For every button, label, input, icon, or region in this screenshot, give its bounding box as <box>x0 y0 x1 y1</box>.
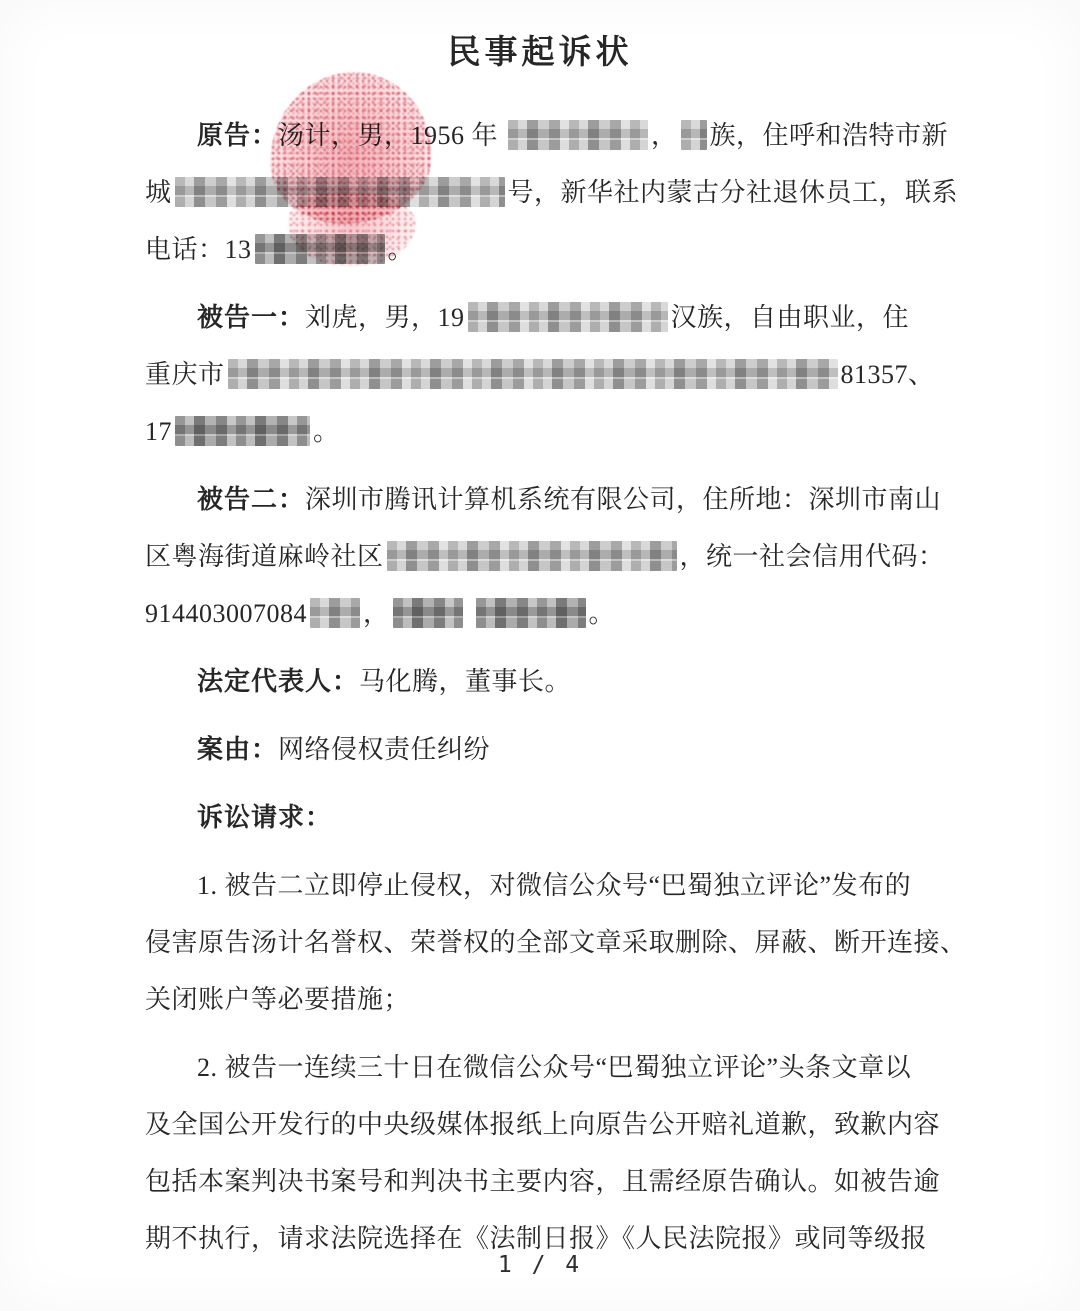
text-segment: 1. 被告二立即停止侵权，对微信公众号“巴蜀独立评论”发布的 <box>197 871 911 900</box>
text-segment: 17 <box>145 417 172 446</box>
text-line: 原告：汤计，男，1956 年 ，族，住呼和浩特市新 <box>145 107 955 164</box>
text-line: 被告二：深圳市腾讯计算机系统有限公司，住所地：深圳市南山 <box>145 471 955 528</box>
text-line: 1. 被告二立即停止侵权，对微信公众号“巴蜀独立评论”发布的 <box>145 857 955 914</box>
field-label: 诉讼请求： <box>197 802 332 832</box>
redaction-mosaic <box>228 359 838 389</box>
text-line: 包括本案判决书案号和判决书主要内容，且需经原告确认。如被告逾 <box>145 1153 955 1210</box>
text-line: 电话：13。 <box>145 221 955 278</box>
text-line: 重庆市81357、 <box>145 346 955 403</box>
text-line: 被告一：刘虎，男，19汉族，自由职业，住 <box>145 289 955 346</box>
text-segment: 马化腾，董事长。 <box>359 667 571 696</box>
document-body: 原告：汤计，男，1956 年 ，族，住呼和浩特市新城号，新华社内蒙古分社退休员工… <box>145 107 955 1278</box>
redaction-mosaic <box>476 598 586 628</box>
text-line: 914403007084， 。 <box>145 585 955 642</box>
redaction-mosaic <box>175 416 310 446</box>
paragraph-cause-of-action: 案由：网络侵权责任纠纷 <box>145 721 955 778</box>
redaction-mosaic <box>255 234 385 264</box>
text-segment: ， <box>651 121 678 150</box>
text-segment: ， <box>363 599 390 628</box>
text-segment: 。 <box>313 417 340 446</box>
paragraph-claim-2: 2. 被告一连续三十日在微信公众号“巴蜀独立评论”头条文章以及全国公开发行的中央… <box>145 1039 955 1267</box>
redaction-mosaic <box>508 120 648 150</box>
text-segment: 914403007084 <box>145 599 307 628</box>
text-segment: ，统一社会信用代码： <box>680 542 945 571</box>
text-segment: 电话：13 <box>145 235 252 264</box>
text-segment: 81357、 <box>841 360 935 389</box>
text-segment: 关闭账户等必要措施； <box>145 985 410 1014</box>
text-segment: 包括本案判决书案号和判决书主要内容，且需经原告确认。如被告逾 <box>145 1167 940 1196</box>
field-label: 被告一： <box>197 302 305 332</box>
text-segment: 。 <box>388 235 415 264</box>
redaction-mosaic <box>681 120 707 150</box>
text-segment: 汉族，自由职业，住 <box>671 303 910 332</box>
redaction-mosaic <box>175 177 505 207</box>
text-line: 及全国公开发行的中央级媒体报纸上向原告公开赔礼道歉，致歉内容 <box>145 1096 955 1153</box>
text-segment: 期不执行，请求法院选择在《法制日报》《人民法院报》或同等级报 <box>145 1224 927 1253</box>
text-line: 法定代表人：马化腾，董事长。 <box>145 653 955 710</box>
redaction-mosaic <box>310 598 360 628</box>
text-line: 城号，新华社内蒙古分社退休员工，联系 <box>145 164 955 221</box>
text-line: 17。 <box>145 403 955 460</box>
text-segment <box>466 599 473 628</box>
text-segment: 区粤海街道麻岭社区 <box>145 542 384 571</box>
text-segment: 侵害原告汤计名誉权、荣誉权的全部文章采取删除、屏蔽、断开连接、 <box>145 928 967 957</box>
text-segment: 号，新华社内蒙古分社退休员工，联系 <box>508 178 959 207</box>
field-label: 被告二： <box>197 484 305 514</box>
document-title: 民事起诉状 <box>0 26 1080 73</box>
paragraph-legal-representative: 法定代表人：马化腾，董事长。 <box>145 653 955 710</box>
text-segment: 刘虎，男，19 <box>305 303 465 332</box>
redaction-mosaic <box>468 302 668 332</box>
redaction-mosaic <box>387 541 677 571</box>
text-segment: 城 <box>145 178 172 207</box>
text-segment: 2. 被告一连续三十日在微信公众号“巴蜀独立评论”头条文章以 <box>197 1053 911 1082</box>
text-segment: 。 <box>589 599 616 628</box>
paragraph-claim-1: 1. 被告二立即停止侵权，对微信公众号“巴蜀独立评论”发布的侵害原告汤计名誉权、… <box>145 857 955 1028</box>
redaction-mosaic <box>393 598 463 628</box>
field-label: 法定代表人： <box>197 666 359 696</box>
text-segment: 深圳市腾讯计算机系统有限公司，住所地：深圳市南山 <box>305 485 941 514</box>
text-segment: 重庆市 <box>145 360 225 389</box>
text-line: 案由：网络侵权责任纠纷 <box>145 721 955 778</box>
text-line: 区粤海街道麻岭社区，统一社会信用代码： <box>145 528 955 585</box>
text-segment: 族，住呼和浩特市新 <box>710 121 949 150</box>
text-line: 诉讼请求： <box>145 789 955 846</box>
text-segment: 网络侵权责任纠纷 <box>278 735 490 764</box>
paragraph-defendant-1: 被告一：刘虎，男，19汉族，自由职业，住重庆市81357、17。 <box>145 289 955 460</box>
text-segment: 汤计，男，1956 年 <box>278 121 505 150</box>
text-line: 关闭账户等必要措施； <box>145 971 955 1028</box>
field-label: 原告： <box>197 120 278 150</box>
paragraph-plaintiff: 原告：汤计，男，1956 年 ，族，住呼和浩特市新城号，新华社内蒙古分社退休员工… <box>145 107 955 278</box>
text-segment: 及全国公开发行的中央级媒体报纸上向原告公开赔礼道歉，致歉内容 <box>145 1110 940 1139</box>
scanned-document-page: 民事起诉状 原告：汤计，男，1956 年 ，族，住呼和浩特市新城号，新华社内蒙古… <box>0 0 1080 1311</box>
paragraph-defendant-2: 被告二：深圳市腾讯计算机系统有限公司，住所地：深圳市南山区粤海街道麻岭社区，统一… <box>145 471 955 642</box>
text-line: 侵害原告汤计名誉权、荣誉权的全部文章采取删除、屏蔽、断开连接、 <box>145 914 955 971</box>
page-number: 1 / 4 <box>0 1252 1080 1278</box>
text-line: 2. 被告一连续三十日在微信公众号“巴蜀独立评论”头条文章以 <box>145 1039 955 1096</box>
field-label: 案由： <box>197 734 278 764</box>
paragraph-claims-heading: 诉讼请求： <box>145 789 955 846</box>
